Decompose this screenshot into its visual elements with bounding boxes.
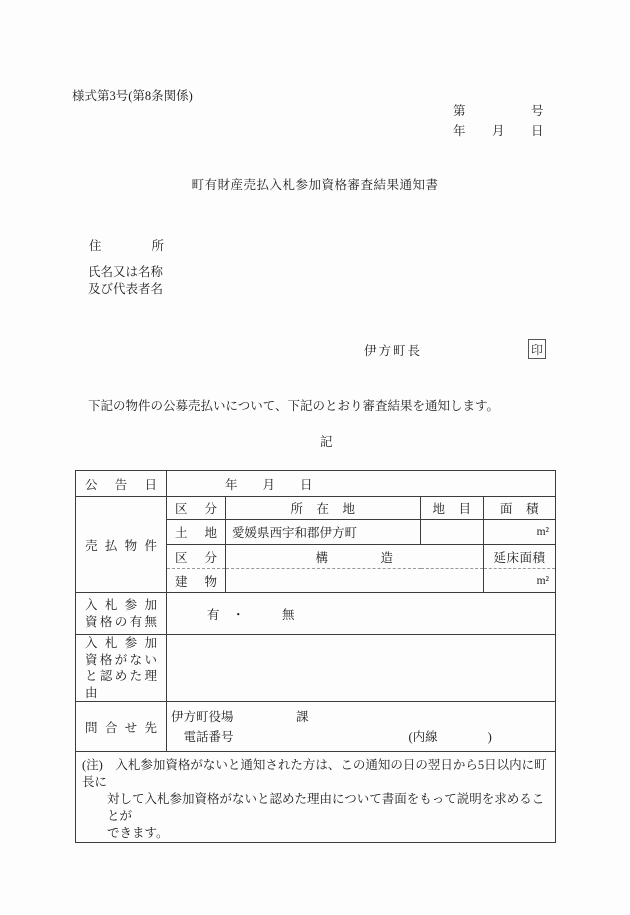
intro-sentence: 下記の物件の公募売払いについて、下記のとおり審査結果を通知します。: [88, 396, 499, 414]
rejection-reason-label-line2: 資格がない: [85, 652, 157, 669]
doc-number-line: 第 号: [453, 101, 544, 119]
contact-office-line: 伊方町役場 課: [171, 707, 555, 727]
note-line1: (注) 入札参加資格がないと通知された方は、この通知の日の翌日から5日以内に町長…: [82, 757, 547, 791]
rejection-reason-label-line1: 入札参加: [85, 635, 157, 652]
location-header: 所 在 地: [226, 497, 421, 520]
announcement-date-value: 年 月 日: [167, 471, 556, 497]
land-area-unit: m²: [484, 520, 556, 545]
eligibility-label-line2: 資格の有無: [85, 614, 157, 631]
name-label-line2: 及び代表者名: [88, 281, 163, 298]
eligibility-value: 有 ・ 無: [167, 593, 556, 635]
contact-value: 伊方町役場 課 電話番号 (内線 ): [167, 702, 556, 752]
building-category-header: 区分: [167, 545, 226, 569]
address-label: 住 所: [89, 236, 164, 254]
seal-character: 印: [531, 341, 543, 358]
note-line3: できます。: [107, 825, 547, 842]
land-row-label: 土地: [167, 520, 226, 545]
land-location-value: 愛媛県西宇和郡伊方町: [226, 520, 421, 545]
announcement-date-label: 公告日: [76, 471, 167, 497]
note-cell: (注) 入札参加資格がないと通知された方は、この通知の日の翌日から5日以内に町長…: [76, 752, 556, 843]
building-area-unit: m²: [484, 569, 556, 593]
doc-date-line: 年 月 日: [453, 121, 544, 139]
rejection-reason-label-line3: と認めた理由: [85, 668, 157, 701]
rejection-reason-label: 入札参加 資格がない と認めた理由: [76, 635, 167, 702]
mayor-name: 伊方町長: [364, 341, 422, 359]
property-label: 売払物件: [76, 497, 167, 593]
land-category-header: 区分: [167, 497, 226, 520]
name-label-line1: 氏名又は名称: [88, 264, 163, 281]
eligibility-label: 入札参加 資格の有無: [76, 593, 167, 635]
ki-heading: 記: [320, 432, 333, 450]
rejection-reason-value: [167, 635, 556, 702]
area-header: 面 積: [484, 497, 556, 520]
document-page: 様式第3号(第8条関係) 第 号 年 月 日 町有財産売払入札参加資格審査結果通…: [0, 0, 630, 915]
structure-header: 構 造: [226, 545, 484, 569]
seal-mark: 印: [528, 339, 546, 359]
floor-area-header: 延床面積: [484, 545, 556, 569]
building-structure-value: [226, 569, 484, 593]
contact-label: 問合せ先: [76, 702, 167, 752]
note-line2: 対して入札参加資格がないと認めた理由について書面をもって説明を求めることが: [107, 791, 547, 825]
land-use-value: [421, 520, 484, 545]
building-row-label: 建物: [167, 569, 226, 593]
eligibility-label-line1: 入札参加: [85, 597, 157, 614]
contact-phone-line: 電話番号 (内線 ): [171, 727, 555, 747]
name-label: 氏名又は名称 及び代表者名: [88, 264, 163, 297]
page-title: 町有財産売払入札参加資格審査結果通知書: [0, 175, 630, 193]
form-number: 様式第3号(第8条関係): [72, 86, 193, 104]
land-use-header: 地 目: [421, 497, 484, 520]
result-table: 公告日 年 月 日 売払物件 区分 所 在 地 地 目 面 積 土地 愛媛県西宇…: [75, 470, 556, 843]
